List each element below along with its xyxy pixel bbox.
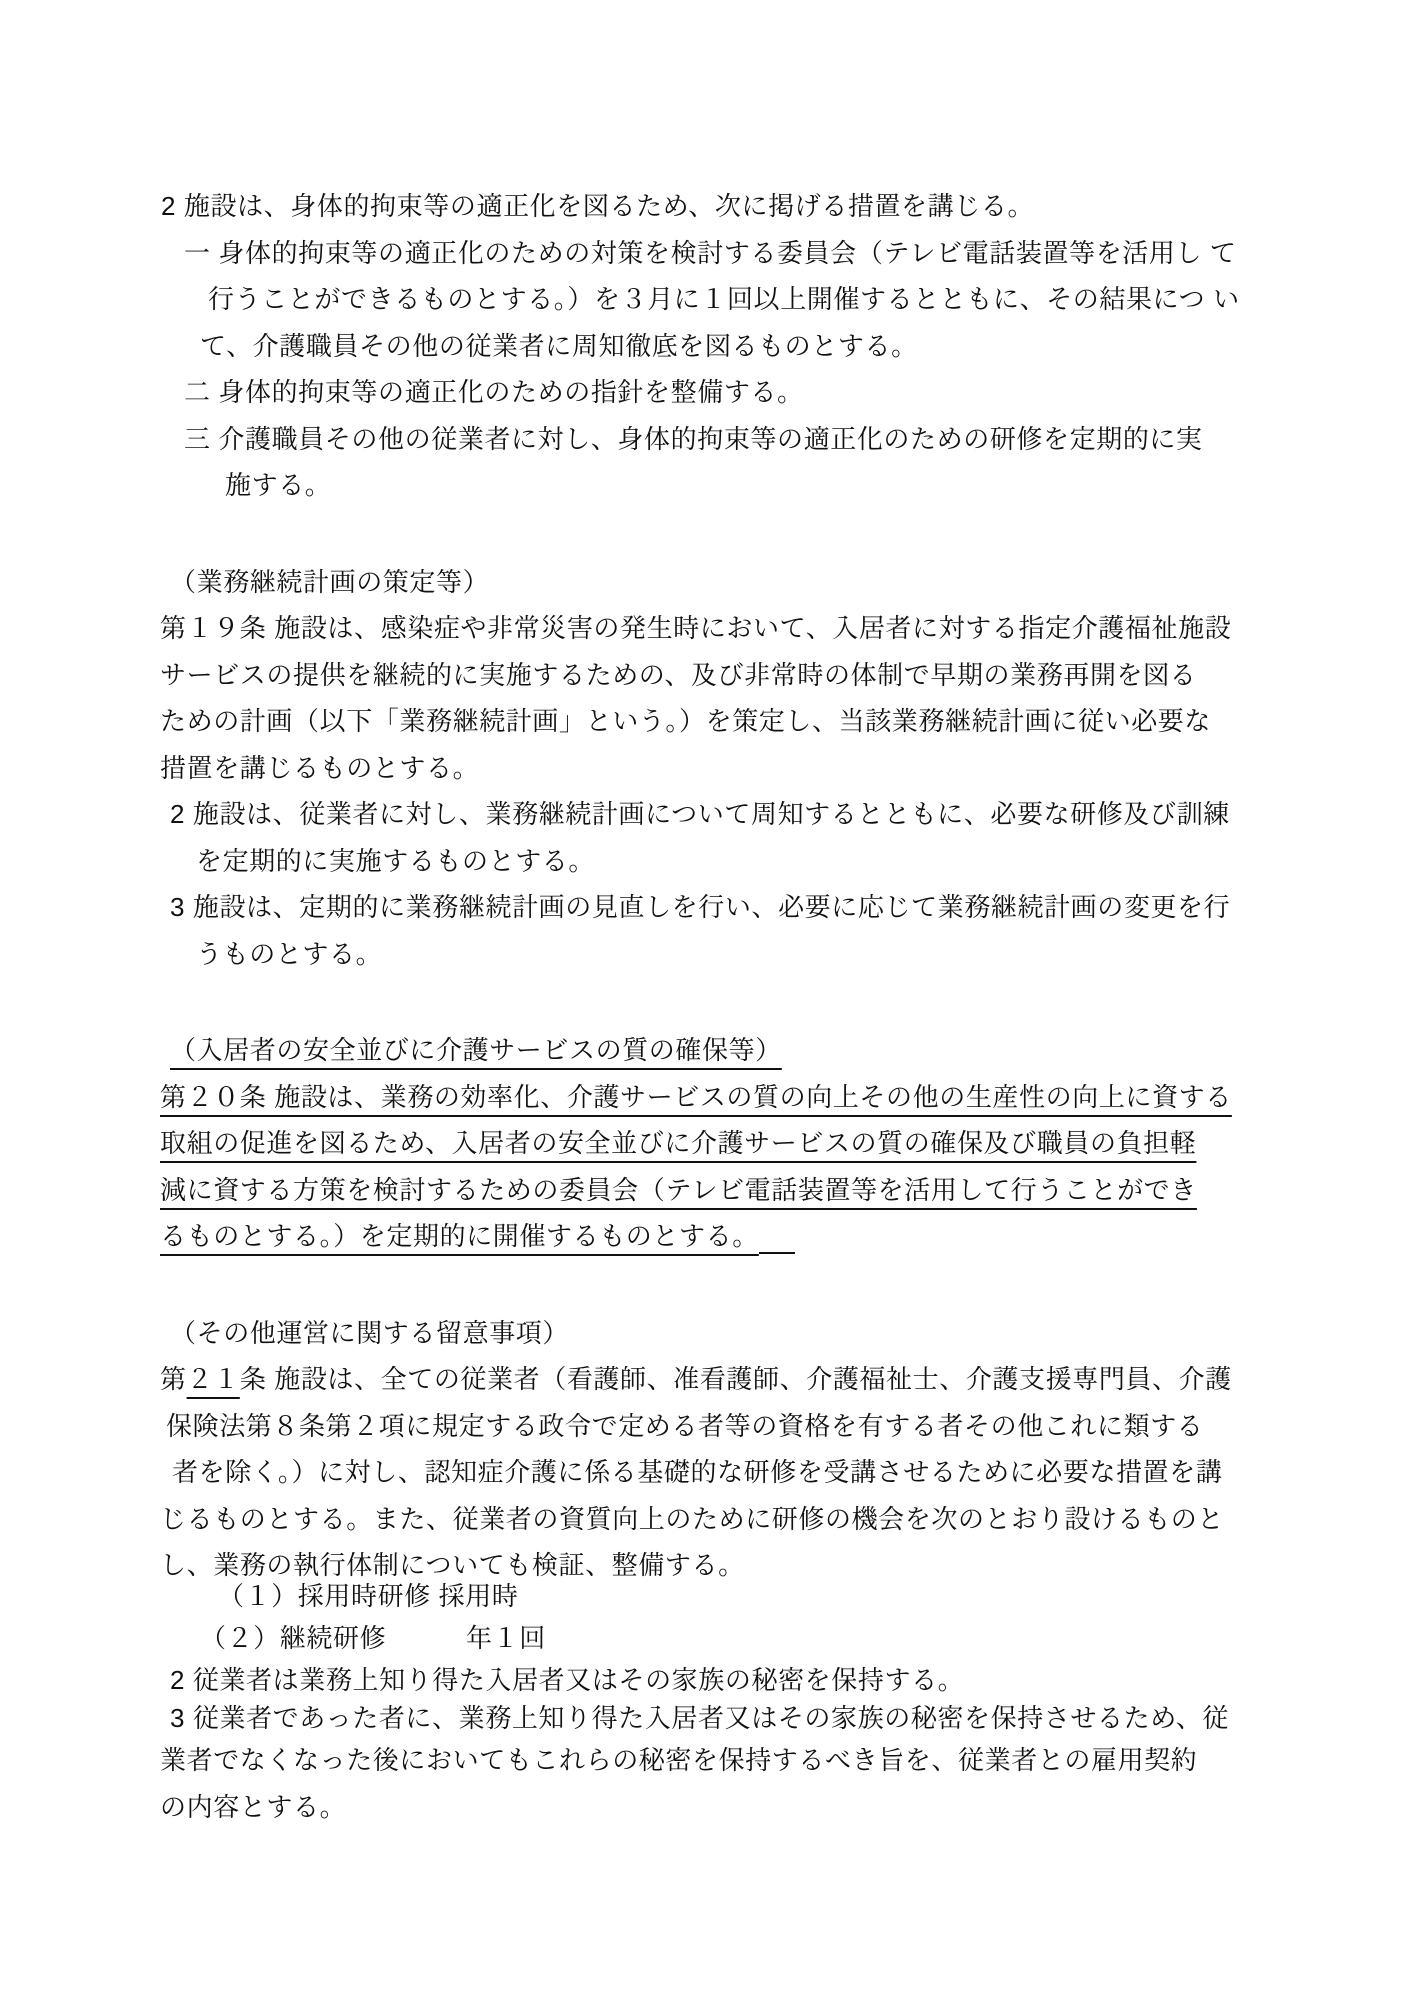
document-line: 2 施設は、従業者に対し、業務継続計画について周知するとともに、必要な研修及び訓… (170, 791, 1274, 838)
document-line: （その他運営に関する留意事項） (170, 1310, 1274, 1357)
document-line: を定期的に実施するものとする。 (196, 838, 1274, 885)
underlined-text: ２１ (187, 1364, 240, 1394)
document-line: 措置を講じるものとする。 (160, 745, 1274, 792)
document-line: じるものとする。また、従業者の資質向上のために研修の機会を次のとおり設けるものと (160, 1496, 1274, 1543)
document-line: （２）継続研修 年１回 (200, 1615, 1274, 1662)
document-line: て、介護職員その他の従業者に周知徹底を図るものとする。 (200, 323, 1274, 370)
document-line: （業務継続計画の策定等） (170, 559, 1274, 606)
document-line: 減に資する方策を検討するための委員会（テレビ電話装置等を活用して行うことができ (160, 1167, 1274, 1214)
document-line: （入居者の安全並びに介護サービスの質の確保等） (170, 1027, 1274, 1074)
document-line: うものとする。 (196, 931, 1274, 978)
document-line: 3 従業者であった者に、業務上知り得た入居者又はその家族の秘密を保持させるため、… (170, 1699, 1274, 1737)
document-line: るものとする。）を定期的に開催するものとする。 (160, 1213, 1274, 1260)
document-line: 保険法第８条第２項に規定する政令で定める者等の資格を有する者その他これに類する (166, 1403, 1274, 1450)
text-segment: 第 (160, 1364, 187, 1394)
document-line: 行うことができるものとする。）を３月に１回以上開催するとともに、その結果につ い (208, 276, 1274, 323)
document-line: 3 施設は、定期的に業務継続計画の見直しを行い、必要に応じて業務継続計画の変更を… (170, 884, 1274, 931)
document-line: サービスの提供を継続的に実施するための、及び非常時の体制で早期の業務再開を図る (160, 652, 1274, 699)
document-line: の内容とする。 (160, 1784, 1274, 1831)
document-line: 一 身体的拘束等の適正化のための対策を検討する委員会（テレビ電話装置等を活用し … (184, 230, 1274, 277)
document-line: 取組の促進を図るため、入居者の安全並びに介護サービスの質の確保及び職員の負担軽 (160, 1120, 1274, 1167)
text-segment: 条 施設は、全ての従業者（看護師、准看護師、介護福祉士、介護支援専門員、介護 (240, 1364, 1232, 1394)
document-line: 第２０条 施設は、業務の効率化、介護サービスの質の向上その他の生産性の向上に資す… (160, 1074, 1274, 1121)
document-line: （１）採用時研修 採用時 (218, 1577, 1274, 1615)
document-line: ための計画（以下「業務継続計画」という。）を策定し、当該業務継続計画に従い必要な (160, 698, 1274, 745)
document-line: 第１９条 施設は、感染症や非常災害の発生時において、入居者に対する指定介護福祉施… (160, 605, 1274, 652)
document-line: 施する。 (225, 462, 1274, 509)
document-line: 三 介護職員その他の従業者に対し、身体的拘束等の適正化のための研修を定期的に実 (184, 416, 1274, 463)
document-line: 2 従業者は業務上知り得た入居者又はその家族の秘密を保持する。 (170, 1661, 1274, 1699)
document-line: 者を除く。）に対し、認知症介護に係る基礎的な研修を受講させるために必要な措置を講 (172, 1449, 1274, 1496)
document-page: 2 施設は、身体的拘束等の適正化を図るため、次に掲げる措置を講じる。一 身体的拘… (0, 0, 1414, 1830)
document-line: 二 身体的拘束等の適正化のための指針を整備する。 (184, 369, 1274, 416)
document-line: 第２１条 施設は、全ての従業者（看護師、准看護師、介護福祉士、介護支援専門員、介… (160, 1356, 1274, 1403)
document-line: 2 施設は、身体的拘束等の適正化を図るため、次に掲げる措置を講じる。 (161, 183, 1274, 230)
underline-extension (759, 1252, 795, 1254)
document-line: 業者でなくなった後においてもこれらの秘密を保持するべき旨を、従業者との雇用契約 (160, 1737, 1274, 1784)
